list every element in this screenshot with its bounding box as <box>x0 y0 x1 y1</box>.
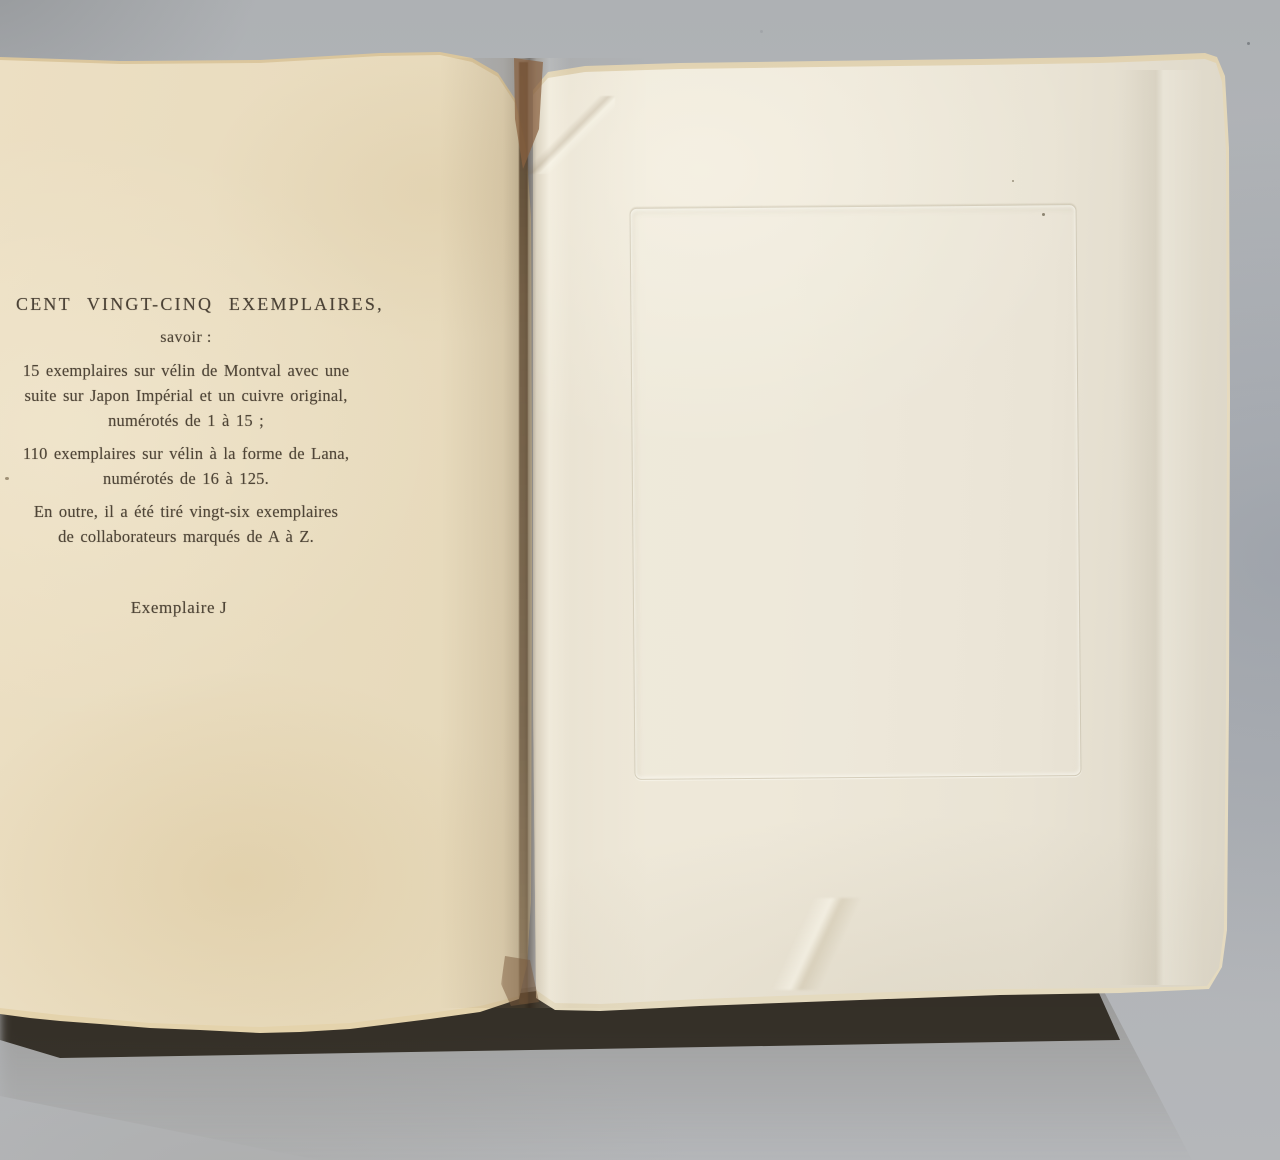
paragraph-line: numérotés de 16 à 125. <box>16 466 356 491</box>
open-book-photo: CENT VINGT-CINQ EXEMPLAIRES, savoir : 15… <box>0 0 1280 1160</box>
limitation-paragraph-1: 15 exemplaires sur vélin de Montval avec… <box>16 358 356 433</box>
limitation-heading: CENT VINGT-CINQ EXEMPLAIRES, <box>16 292 356 316</box>
dust-speck <box>1247 42 1250 45</box>
dust-speck <box>1012 180 1014 182</box>
etching-plate-mark <box>630 204 1082 780</box>
dust-speck <box>1042 213 1045 216</box>
limitation-paragraph-3: En outre, il a été tiré vingt-six exempl… <box>16 499 356 549</box>
book-gutter-fold-line <box>519 62 528 1004</box>
right-page-foreedge-crease <box>1118 70 1204 985</box>
paragraph-line: 15 exemplaires sur vélin de Montval avec… <box>16 358 356 383</box>
paragraph-line: de collaborateurs marqués de A à Z. <box>16 524 356 549</box>
paragraph-line: En outre, il a été tiré vingt-six exempl… <box>16 499 356 524</box>
paragraph-line: suite sur Japon Impérial et un cuivre or… <box>16 383 356 408</box>
paragraph-line: numérotés de 1 à 15 ; <box>16 408 356 433</box>
colophon-text-block: CENT VINGT-CINQ EXEMPLAIRES, savoir : 15… <box>16 292 356 632</box>
dust-speck <box>760 30 763 33</box>
book-gutter-shading <box>440 58 650 1008</box>
paragraph-line: 110 exemplaires sur vélin à la forme de … <box>16 441 356 466</box>
right-page-bottom-crease <box>728 898 898 990</box>
limitation-paragraph-2: 110 exemplaires sur vélin à la forme de … <box>16 441 356 491</box>
limitation-subheading: savoir : <box>16 327 356 349</box>
right-page-corner-crease <box>525 96 615 174</box>
copy-designation: Exemplaire J <box>16 598 342 618</box>
dust-speck <box>5 477 9 480</box>
